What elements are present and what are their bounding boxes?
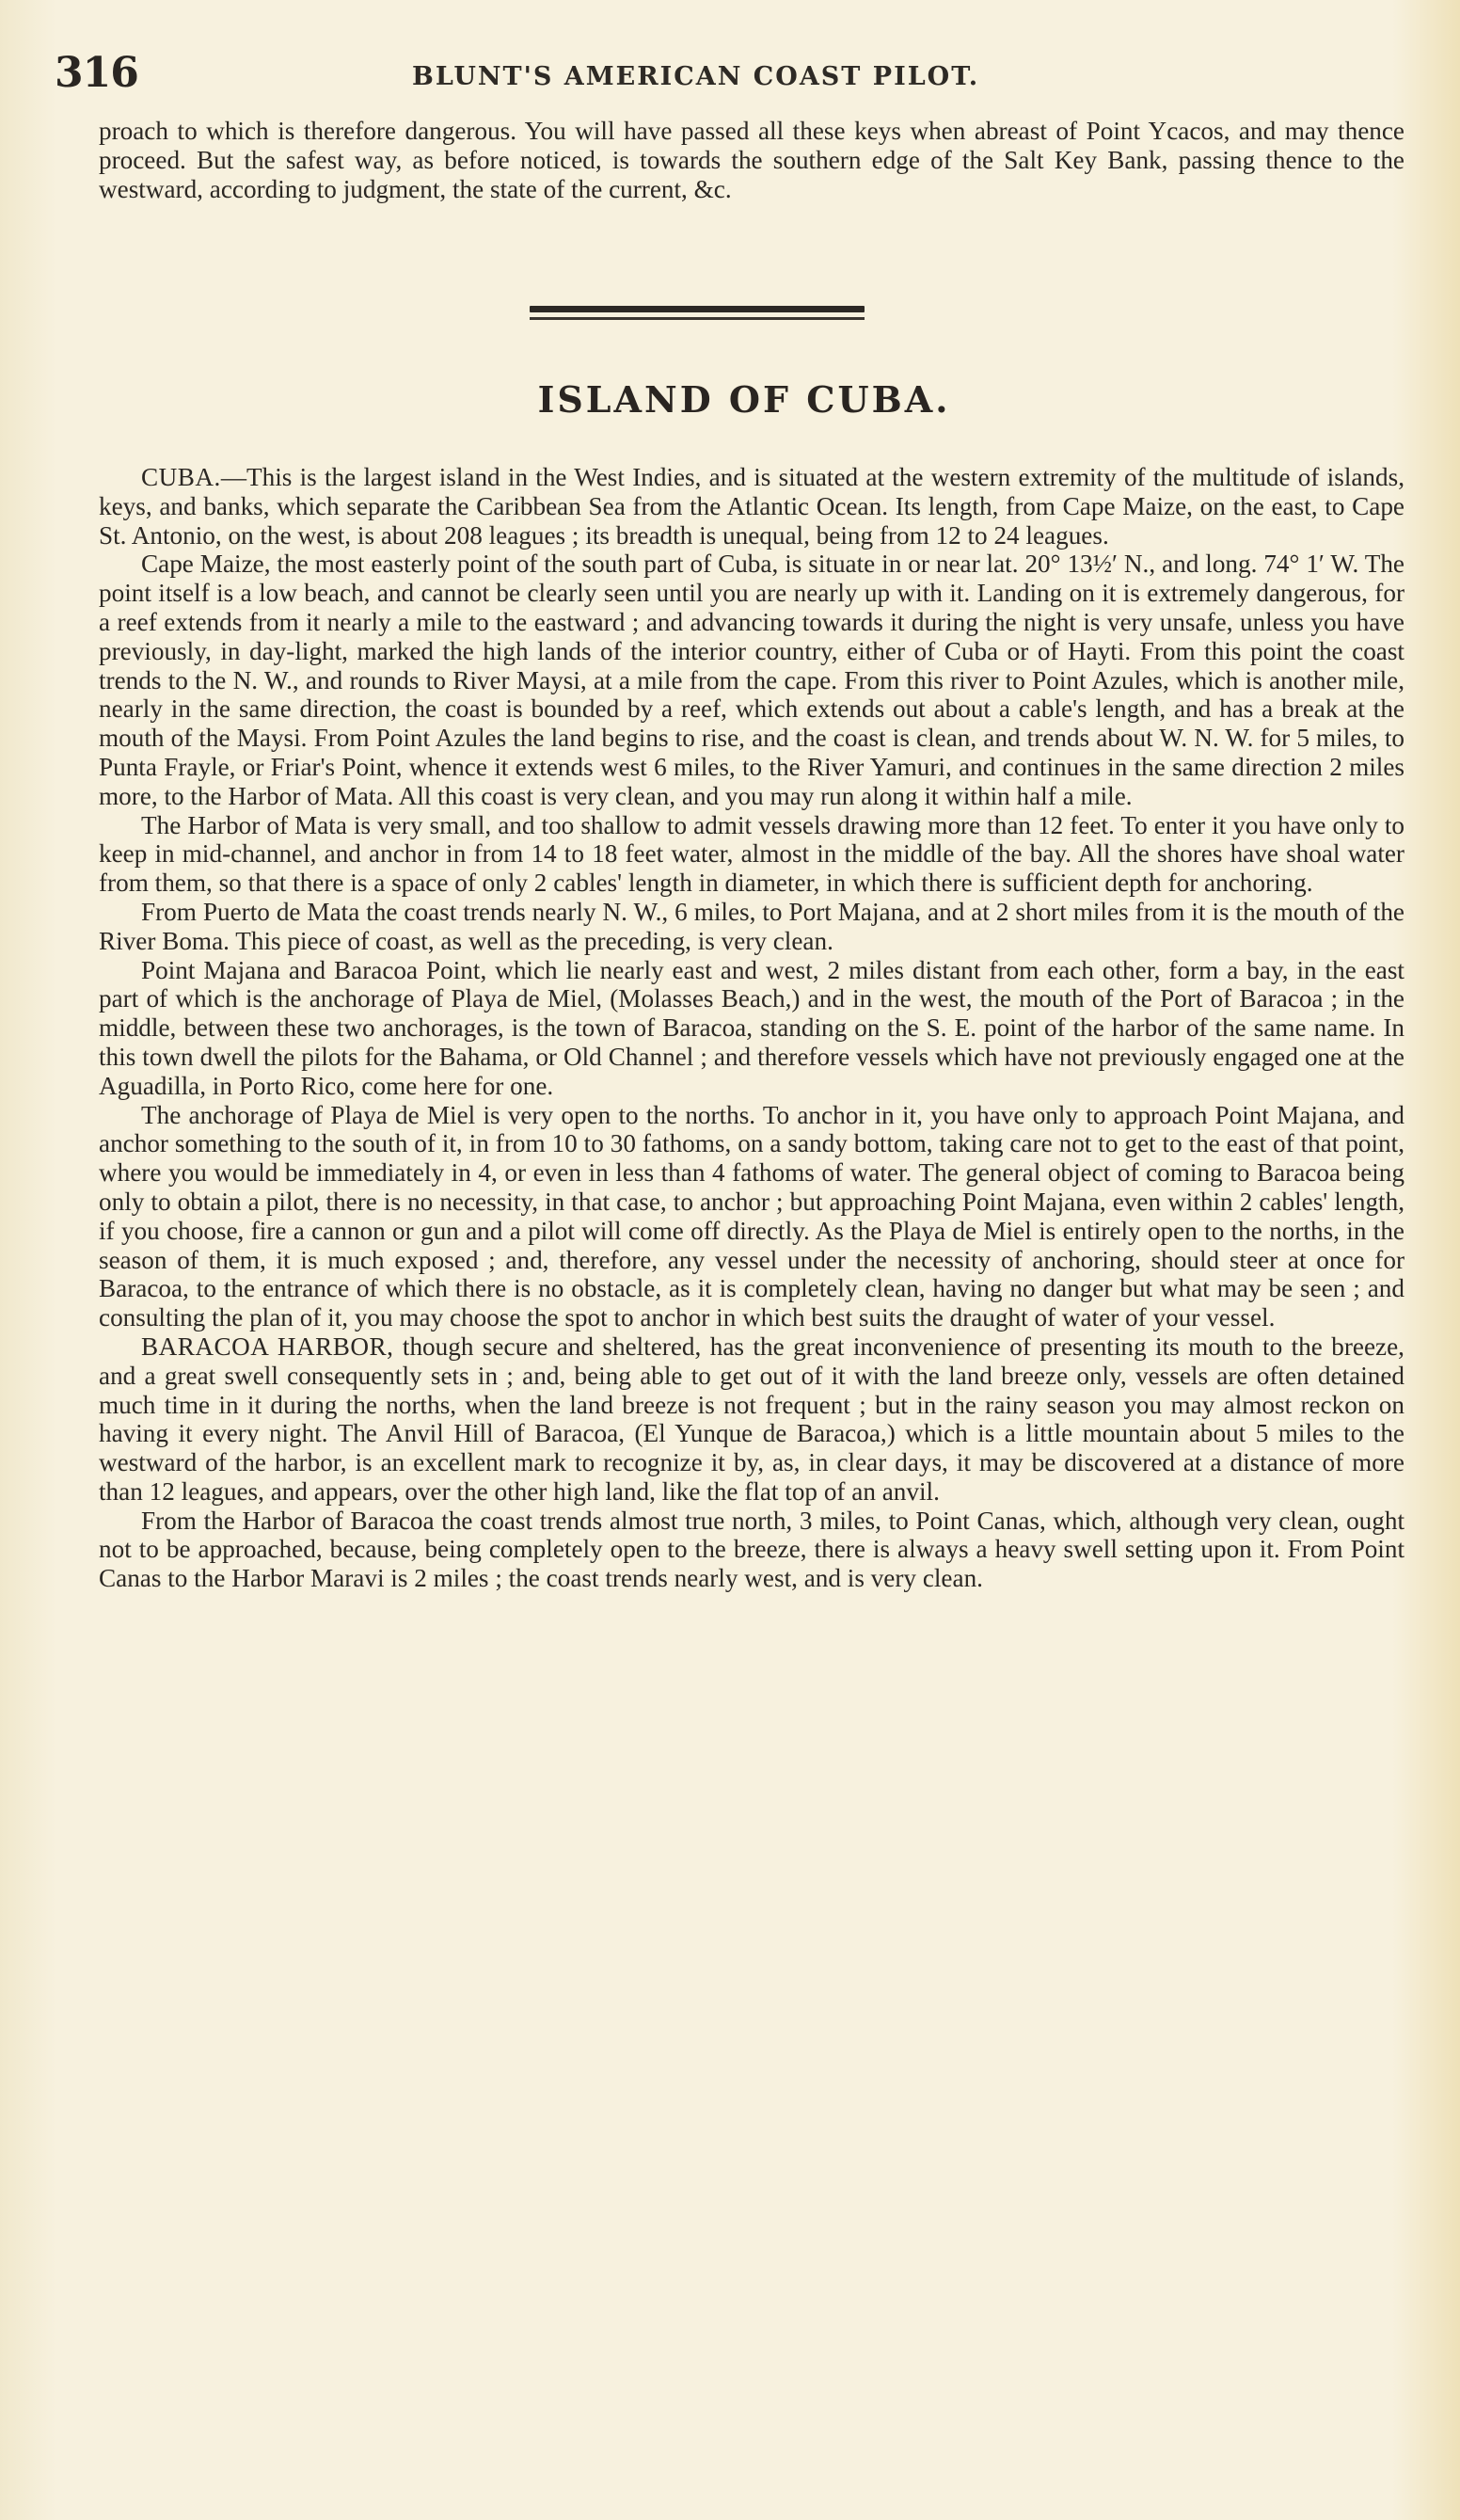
running-header: 316 BLUNT'S AMERICAN COAST PILOT. <box>55 49 1405 105</box>
paragraph-text: From the Harbor of Baracoa the coast tre… <box>99 1507 1404 1593</box>
rule-thin-line <box>530 317 865 320</box>
paragraph-text: —This is the largest island in the West … <box>99 463 1404 550</box>
intro-paragraph: proach to which is therefore dangerous. … <box>99 117 1404 203</box>
running-title: BLUNT'S AMERICAN COAST PILOT. <box>412 62 979 91</box>
rule-thick-line <box>530 306 865 312</box>
section-title: ISLAND OF CUBA. <box>0 378 1460 421</box>
paragraph-text: Cape Maize, the most easterly point of t… <box>99 550 1404 809</box>
paragraph-lead: CUBA. <box>141 463 221 491</box>
paragraph-cuba-overview: CUBA.—This is the largest island in the … <box>99 463 1404 550</box>
paragraph-puerto-de-mata: From Puerto de Mata the coast trends nea… <box>99 898 1404 956</box>
book-page: 316 BLUNT'S AMERICAN COAST PILOT. proach… <box>0 0 1460 2520</box>
intro-text: proach to which is therefore dangerous. … <box>99 117 1404 203</box>
double-rule-divider <box>530 306 865 320</box>
paragraph-text: The anchorage of Playa de Miel is very o… <box>99 1101 1404 1332</box>
paragraph-text: From Puerto de Mata the coast trends nea… <box>99 898 1404 955</box>
page-number: 316 <box>55 49 138 97</box>
paragraph-playa-de-miel: The anchorage of Playa de Miel is very o… <box>99 1101 1404 1332</box>
paragraph-point-canas: From the Harbor of Baracoa the coast tre… <box>99 1507 1404 1593</box>
paragraph-text: Point Majana and Baracoa Point, which li… <box>99 956 1404 1100</box>
paragraph-cape-maize: Cape Maize, the most easterly point of t… <box>99 550 1404 810</box>
section-title-text: ISLAND OF CUBA. <box>510 378 951 421</box>
paragraph-point-majana: Point Majana and Baracoa Point, which li… <box>99 956 1404 1101</box>
paragraph-harbor-of-mata: The Harbor of Mata is very small, and to… <box>99 811 1404 898</box>
paragraph-lead: BARACOA HARBOR, <box>141 1332 393 1361</box>
paragraph-text: The Harbor of Mata is very small, and to… <box>99 811 1404 898</box>
section-body: CUBA.—This is the largest island in the … <box>99 463 1404 1593</box>
paragraph-baracoa-harbor: BARACOA HARBOR, though secure and shelte… <box>99 1332 1404 1507</box>
